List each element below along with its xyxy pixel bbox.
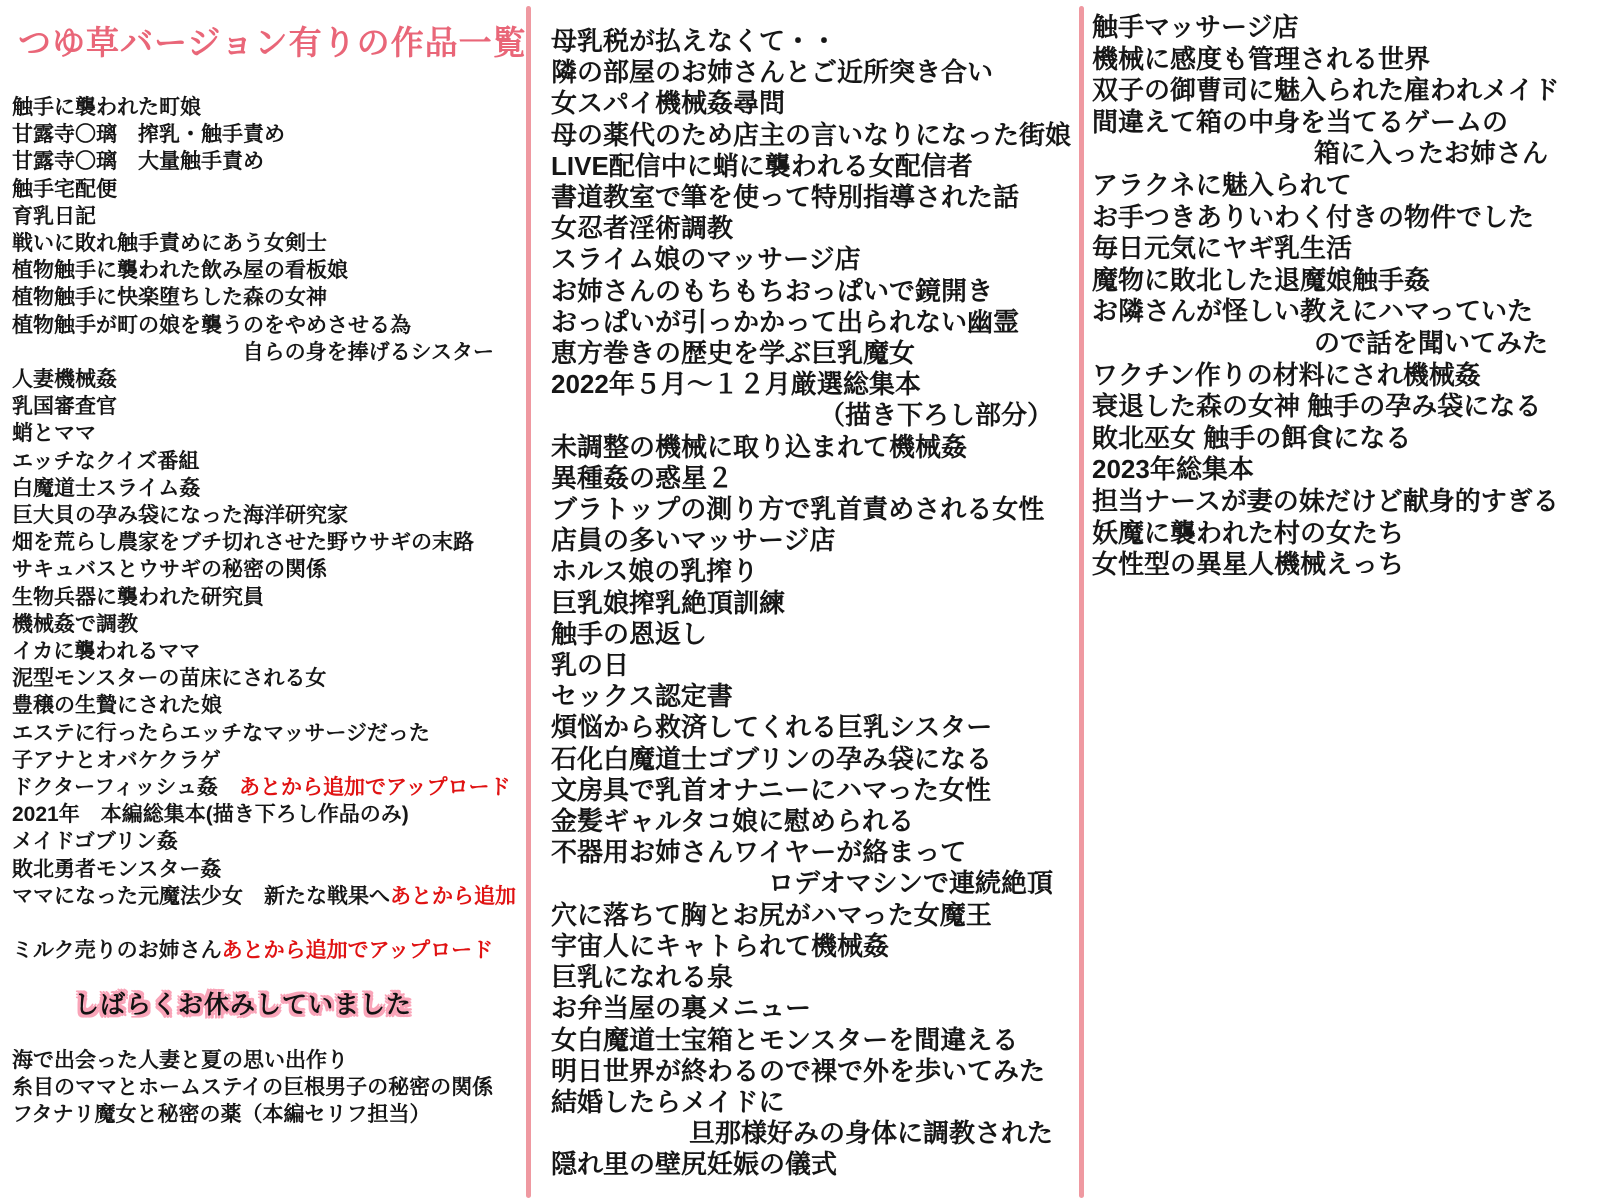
work-title-label: 人妻機械姦	[12, 368, 117, 391]
work-title-label: ワクチン作りの材料にされ機械姦	[1092, 360, 1481, 390]
work-title-label: ママになった元魔法少女 新たな戦果へ	[12, 885, 390, 908]
work-title-label: フタナリ魔女と秘密の薬（本編セリフ担当）	[12, 1103, 431, 1126]
work-title-item: 隠れ里の壁尻妊娠の儀式	[551, 1149, 1061, 1180]
column-left: つゆ草バージョン有りの作品一覧 触手に襲われた町娘甘露寺〇璃 搾乳・触手責め甘露…	[12, 0, 524, 1129]
work-title-label: 植物触手が町の娘を襲うのをやめさせる為	[12, 314, 411, 337]
work-title-label: 店員の多いマッサージ店	[551, 525, 835, 555]
work-title-label: 蛸とママ	[12, 422, 96, 445]
work-title-item: 担当ナースが妻の妹だけど献身的すぎる	[1092, 486, 1598, 518]
notice-text: しばらくお休みしていました	[74, 992, 524, 1020]
work-title-item: 2023年総集本	[1092, 454, 1598, 486]
column-divider-2	[1079, 6, 1084, 1198]
work-title-item: エステに行ったらエッチなマッサージだった	[12, 720, 524, 747]
work-title-item: お隣さんが怪しい教えにハマっていた	[1092, 296, 1598, 328]
work-title-label: 隠れ里の壁尻妊娠の儀式	[551, 1149, 837, 1179]
work-title-item: LIVE配信中に蛸に襲われる女配信者	[551, 151, 1061, 182]
work-title-item: 敗北巫女 触手の餌食になる	[1092, 423, 1598, 455]
work-title-label: ブラトップの測り方で乳首責めされる女性	[551, 494, 1044, 524]
work-title-item: お手つきありいわく付きの物件でした	[1092, 202, 1598, 234]
work-title-item: 戦いに敗れ触手責めにあう女剣士	[12, 230, 524, 257]
work-title-label: LIVE配信中に蛸に襲われる女配信者	[551, 151, 973, 181]
work-title-item: スライム娘のマッサージ店	[551, 244, 1061, 275]
work-title-item: 2021年 本編総集本(描き下ろし作品のみ)	[12, 801, 524, 828]
work-title-label: 隣の部屋のお姉さんとご近所突き合い	[551, 57, 993, 87]
work-title-item: 箱に入ったお姉さん	[1092, 138, 1598, 170]
work-title-label: ので話を聞いてみた	[1314, 328, 1548, 358]
work-title-label: 海で出会った人妻と夏の思い出作り	[12, 1049, 348, 1072]
work-title-label: エステに行ったらエッチなマッサージだった	[12, 722, 430, 745]
work-title-item: ロデオマシンで連続絶頂	[551, 868, 1061, 899]
work-title-item: 煩悩から救済してくれる巨乳シスター	[551, 712, 1061, 743]
work-title-item: ミルク売りのお姉さんあとから追加でアップロード	[12, 937, 524, 964]
work-title-item: 畑を荒らし農家をブチ切れさせた野ウサギの末路	[12, 529, 524, 556]
work-title-item: 触手に襲われた町娘	[12, 94, 524, 121]
work-title-label: 毎日元気にヤギ乳生活	[1092, 233, 1352, 263]
work-title-label: 泥型モンスターの苗床にされる女	[12, 667, 326, 690]
work-title-item: エッチなクイズ番組	[12, 448, 524, 475]
work-title-label: 甘露寺〇璃 大量触手責め	[12, 150, 264, 173]
work-title-label: 女白魔道士宝箱とモンスターを間違える	[551, 1025, 1018, 1055]
work-title-label: 母乳税が払えなくて・・	[551, 26, 837, 56]
work-title-label: ミルク売りのお姉さん	[12, 939, 222, 962]
work-title-item: 豊穣の生贄にされた娘	[12, 692, 524, 719]
work-title-item: サキュバスとウサギの秘密の関係	[12, 556, 524, 583]
spacer	[12, 1020, 524, 1047]
work-title-item: 穴に落ちて胸とお尻がハマった女魔王	[551, 900, 1061, 931]
work-title-item: 子アナとオバケクラゲ	[12, 747, 524, 774]
red-annotation: あとから追加でアップロード	[222, 939, 494, 962]
work-title-label: 結婚したらメイドに	[551, 1087, 784, 1117]
work-title-label: 未調整の機械に取り込まれて機械姦	[551, 432, 967, 462]
work-title-label: 触手に襲われた町娘	[12, 96, 201, 119]
work-title-label: 間違えて箱の中身を当てるゲームの	[1092, 107, 1508, 137]
red-annotation: あとから追加	[390, 885, 516, 908]
work-title-item: 明日世界が終わるので裸で外を歩いてみた	[551, 1056, 1061, 1087]
work-title-label: 豊穣の生贄にされた娘	[12, 694, 222, 717]
work-title-item: 植物触手に襲われた飲み屋の看板娘	[12, 257, 524, 284]
work-title-item: 女性型の異星人機械えっち	[1092, 549, 1598, 581]
notice-label: しばらくお休みしていました	[74, 991, 412, 1019]
work-title-label: スライム娘のマッサージ店	[551, 244, 861, 274]
page-title: つゆ草バージョン有りの作品一覧	[18, 22, 524, 64]
column-right: 触手マッサージ店機械に感度も管理される世界双子の御曹司に魅入られた雇われメイド間…	[1092, 0, 1598, 581]
work-title-label: 戦いに敗れ触手責めにあう女剣士	[12, 232, 327, 255]
work-title-item: 双子の御曹司に魅入られた雇われメイド	[1092, 75, 1598, 107]
work-title-item: お弁当屋の裏メニュー	[551, 993, 1061, 1024]
work-title-label: 母の薬代のため店主の言いなりになった街娘	[551, 120, 1071, 150]
work-title-item: 乳国審査官	[12, 393, 524, 420]
work-title-item: 魔物に敗北した退魔娘触手姦	[1092, 265, 1598, 297]
work-title-item: イカに襲われるママ	[12, 638, 524, 665]
work-title-item: 巨乳になれる泉	[551, 962, 1061, 993]
work-title-label: おっぱいが引っかかって出られない幽霊	[551, 307, 1019, 337]
work-title-label: 触手マッサージ店	[1092, 12, 1298, 42]
work-title-label: 文房具で乳首オナニーにハマった女性	[551, 775, 991, 805]
work-title-item: 巨乳娘搾乳絶頂訓練	[551, 588, 1061, 619]
work-title-item: メイドゴブリン姦	[12, 828, 524, 855]
work-title-item: （描き下ろし部分）	[551, 400, 1061, 431]
work-title-label: お手つきありいわく付きの物件でした	[1092, 202, 1534, 232]
work-title-item: 糸目のママとホームステイの巨根男子の秘密の関係	[12, 1074, 524, 1101]
work-title-label: 女忍者淫術調教	[551, 213, 733, 243]
works-list-left: 触手に襲われた町娘甘露寺〇璃 搾乳・触手責め甘露寺〇璃 大量触手責め触手宅配便育…	[12, 94, 524, 1129]
work-title-item: 結婚したらメイドに	[551, 1087, 1061, 1118]
work-title-label: 担当ナースが妻の妹だけど献身的すぎる	[1092, 486, 1559, 516]
work-title-label: 不器用お姉さんワイヤーが絡まって	[551, 837, 966, 867]
work-title-item: 甘露寺〇璃 大量触手責め	[12, 148, 524, 175]
work-title-label: お隣さんが怪しい教えにハマっていた	[1092, 296, 1533, 326]
work-title-label: お姉さんのもちもちおっぱいで鏡開き	[551, 276, 993, 306]
work-title-label: 植物触手に襲われた飲み屋の看板娘	[12, 259, 348, 282]
work-title-label: 育乳日記	[12, 205, 96, 228]
column-middle: 母乳税が払えなくて・・隣の部屋のお姉さんとご近所突き合い女スパイ機械姦尋問母の薬…	[551, 0, 1061, 1181]
work-title-label: 双子の御曹司に魅入られた雇われメイド	[1092, 75, 1559, 105]
work-title-item: 植物触手に快楽堕ちした森の女神	[12, 284, 524, 311]
work-title-item: 生物兵器に襲われた研究員	[12, 584, 524, 611]
work-title-item: 女スパイ機械姦尋問	[551, 88, 1061, 119]
work-title-item: ので話を聞いてみた	[1092, 328, 1598, 360]
works-list-middle: 母乳税が払えなくて・・隣の部屋のお姉さんとご近所突き合い女スパイ機械姦尋問母の薬…	[551, 26, 1061, 1181]
work-title-label: 恵方巻きの歴史を学ぶ巨乳魔女	[551, 338, 915, 368]
spacer	[12, 964, 524, 991]
work-title-label: 敗北勇者モンスター姦	[12, 858, 221, 881]
red-annotation: あとから追加でアップロード	[218, 776, 511, 799]
work-title-label: 糸目のママとホームステイの巨根男子の秘密の関係	[12, 1076, 493, 1099]
work-title-label: 異種姦の惑星２	[551, 463, 733, 493]
work-title-label: 巨乳娘搾乳絶頂訓練	[551, 588, 785, 618]
work-title-item: 自らの身を捧げるシスター	[12, 339, 524, 366]
work-title-label: 畑を荒らし農家をブチ切れさせた野ウサギの末路	[12, 531, 474, 554]
work-title-label: 2021年 本編総集本(描き下ろし作品のみ)	[12, 803, 409, 826]
work-title-item: 巨大貝の孕み袋になった海洋研究家	[12, 502, 524, 529]
work-title-label: 植物触手に快楽堕ちした森の女神	[12, 286, 327, 309]
work-title-item: 蛸とママ	[12, 420, 524, 447]
work-title-item: 育乳日記	[12, 203, 524, 230]
work-title-label: セックス認定書	[551, 681, 733, 711]
work-title-label: アラクネに魅入られて	[1092, 170, 1352, 200]
work-title-item: 衰退した森の女神 触手の孕み袋になる	[1092, 391, 1598, 423]
work-title-item: 触手宅配便	[12, 176, 524, 203]
work-title-label: 自らの身を捧げるシスター	[243, 341, 494, 364]
work-title-item: お姉さんのもちもちおっぱいで鏡開き	[551, 276, 1061, 307]
work-title-item: 女白魔道士宝箱とモンスターを間違える	[551, 1025, 1061, 1056]
work-title-label: 白魔道士スライム姦	[12, 477, 200, 500]
works-list-page: つゆ草バージョン有りの作品一覧 触手に襲われた町娘甘露寺〇璃 搾乳・触手責め甘露…	[0, 0, 1600, 1200]
work-title-item: 機械に感度も管理される世界	[1092, 44, 1598, 76]
work-title-label: 2023年総集本	[1092, 454, 1254, 484]
work-title-label: 子アナとオバケクラゲ	[12, 749, 221, 772]
work-title-item: 旦那様好みの身体に調教された	[551, 1118, 1061, 1149]
work-title-item: 機械姦で調教	[12, 611, 524, 638]
work-title-item: 母の薬代のため店主の言いなりになった街娘	[551, 120, 1061, 151]
work-title-label: 2022年５月〜１２月厳選総集本	[551, 369, 921, 399]
work-title-item: 文房具で乳首オナニーにハマった女性	[551, 775, 1061, 806]
work-title-item: おっぱいが引っかかって出られない幽霊	[551, 307, 1061, 338]
work-title-label: 石化白魔道士ゴブリンの孕み袋になる	[551, 744, 992, 774]
work-title-item: ドクターフィッシュ姦 あとから追加でアップロード	[12, 774, 524, 801]
work-title-label: ホルス娘の乳搾り	[551, 556, 758, 586]
work-title-label: 女スパイ機械姦尋問	[551, 88, 785, 118]
work-title-label: ロデオマシンで連続絶頂	[768, 868, 1053, 898]
work-title-item: ママになった元魔法少女 新たな戦果へあとから追加	[12, 883, 524, 910]
work-title-label: 魔物に敗北した退魔娘触手姦	[1092, 265, 1430, 295]
work-title-label: 巨大貝の孕み袋になった海洋研究家	[12, 504, 348, 527]
work-title-item: フタナリ魔女と秘密の薬（本編セリフ担当）	[12, 1101, 524, 1128]
work-title-item: 毎日元気にヤギ乳生活	[1092, 233, 1598, 265]
work-title-label: 宇宙人にキャトられて機械姦	[551, 931, 889, 961]
work-title-label: お弁当屋の裏メニュー	[551, 993, 811, 1023]
work-title-label: 女性型の異星人機械えっち	[1092, 549, 1404, 579]
work-title-label: 明日世界が終わるので裸で外を歩いてみた	[551, 1056, 1045, 1086]
work-title-label: 生物兵器に襲われた研究員	[12, 586, 264, 609]
work-title-item: 異種姦の惑星２	[551, 463, 1061, 494]
work-title-label: 穴に落ちて胸とお尻がハマった女魔王	[551, 900, 992, 930]
work-title-label: イカに襲われるママ	[12, 640, 200, 663]
spacer	[12, 910, 524, 937]
work-title-label: 触手宅配便	[12, 178, 117, 201]
work-title-item: セックス認定書	[551, 681, 1061, 712]
work-title-item: 乳の日	[551, 650, 1061, 681]
work-title-item: 敗北勇者モンスター姦	[12, 856, 524, 883]
work-title-label: 甘露寺〇璃 搾乳・触手責め	[12, 123, 285, 146]
work-title-label: 箱に入ったお姉さん	[1314, 138, 1548, 168]
work-title-item: 人妻機械姦	[12, 366, 524, 393]
work-title-item: 泥型モンスターの苗床にされる女	[12, 665, 524, 692]
work-title-item: 未調整の機械に取り込まれて機械姦	[551, 432, 1061, 463]
work-title-item: 触手の恩返し	[551, 619, 1061, 650]
work-title-item: 母乳税が払えなくて・・	[551, 26, 1061, 57]
work-title-item: 白魔道士スライム姦	[12, 475, 524, 502]
work-title-label: 乳の日	[551, 650, 629, 680]
work-title-item: 甘露寺〇璃 搾乳・触手責め	[12, 121, 524, 148]
work-title-item: アラクネに魅入られて	[1092, 170, 1598, 202]
work-title-item: 2022年５月〜１２月厳選総集本	[551, 369, 1061, 400]
work-title-item: 妖魔に襲われた村の女たち	[1092, 518, 1598, 550]
work-title-item: 店員の多いマッサージ店	[551, 525, 1061, 556]
work-title-label: 旦那様好みの身体に調教された	[689, 1118, 1053, 1148]
work-title-label: 妖魔に襲われた村の女たち	[1092, 518, 1404, 548]
work-title-item: 触手マッサージ店	[1092, 12, 1598, 44]
work-title-item: 宇宙人にキャトられて機械姦	[551, 931, 1061, 962]
work-title-label: （描き下ろし部分）	[819, 400, 1053, 430]
work-title-item: 恵方巻きの歴史を学ぶ巨乳魔女	[551, 338, 1061, 369]
work-title-item: ブラトップの測り方で乳首責めされる女性	[551, 494, 1061, 525]
work-title-label: 機械に感度も管理される世界	[1092, 44, 1430, 74]
work-title-label: 敗北巫女 触手の餌食になる	[1092, 423, 1411, 453]
work-title-label: 書道教室で筆を使って特別指導された話	[551, 182, 1019, 212]
work-title-label: サキュバスとウサギの秘密の関係	[12, 558, 327, 581]
work-title-item: 隣の部屋のお姉さんとご近所突き合い	[551, 57, 1061, 88]
work-title-item: ワクチン作りの材料にされ機械姦	[1092, 360, 1598, 392]
work-title-item: 植物触手が町の娘を襲うのをやめさせる為	[12, 312, 524, 339]
work-title-label: 機械姦で調教	[12, 613, 138, 636]
column-divider-1	[526, 6, 531, 1198]
work-title-item: 不器用お姉さんワイヤーが絡まって	[551, 837, 1061, 868]
work-title-item: ホルス娘の乳搾り	[551, 556, 1061, 587]
work-title-item: 海で出会った人妻と夏の思い出作り	[12, 1047, 524, 1074]
work-title-label: 触手の恩返し	[551, 619, 707, 649]
work-title-item: 女忍者淫術調教	[551, 213, 1061, 244]
work-title-label: 衰退した森の女神 触手の孕み袋になる	[1092, 391, 1541, 421]
work-title-label: ドクターフィッシュ姦	[12, 776, 218, 799]
works-list-right: 触手マッサージ店機械に感度も管理される世界双子の御曹司に魅入られた雇われメイド間…	[1092, 12, 1598, 581]
work-title-label: 煩悩から救済してくれる巨乳シスター	[551, 712, 992, 742]
work-title-item: 間違えて箱の中身を当てるゲームの	[1092, 107, 1598, 139]
work-title-item: 金髪ギャルタコ娘に慰められる	[551, 806, 1061, 837]
work-title-item: 書道教室で筆を使って特別指導された話	[551, 182, 1061, 213]
work-title-label: メイドゴブリン姦	[12, 830, 178, 853]
work-title-label: 巨乳になれる泉	[551, 962, 733, 992]
work-title-item: 石化白魔道士ゴブリンの孕み袋になる	[551, 744, 1061, 775]
work-title-label: 金髪ギャルタコ娘に慰められる	[551, 806, 914, 836]
work-title-label: エッチなクイズ番組	[12, 450, 199, 473]
work-title-label: 乳国審査官	[12, 395, 117, 418]
